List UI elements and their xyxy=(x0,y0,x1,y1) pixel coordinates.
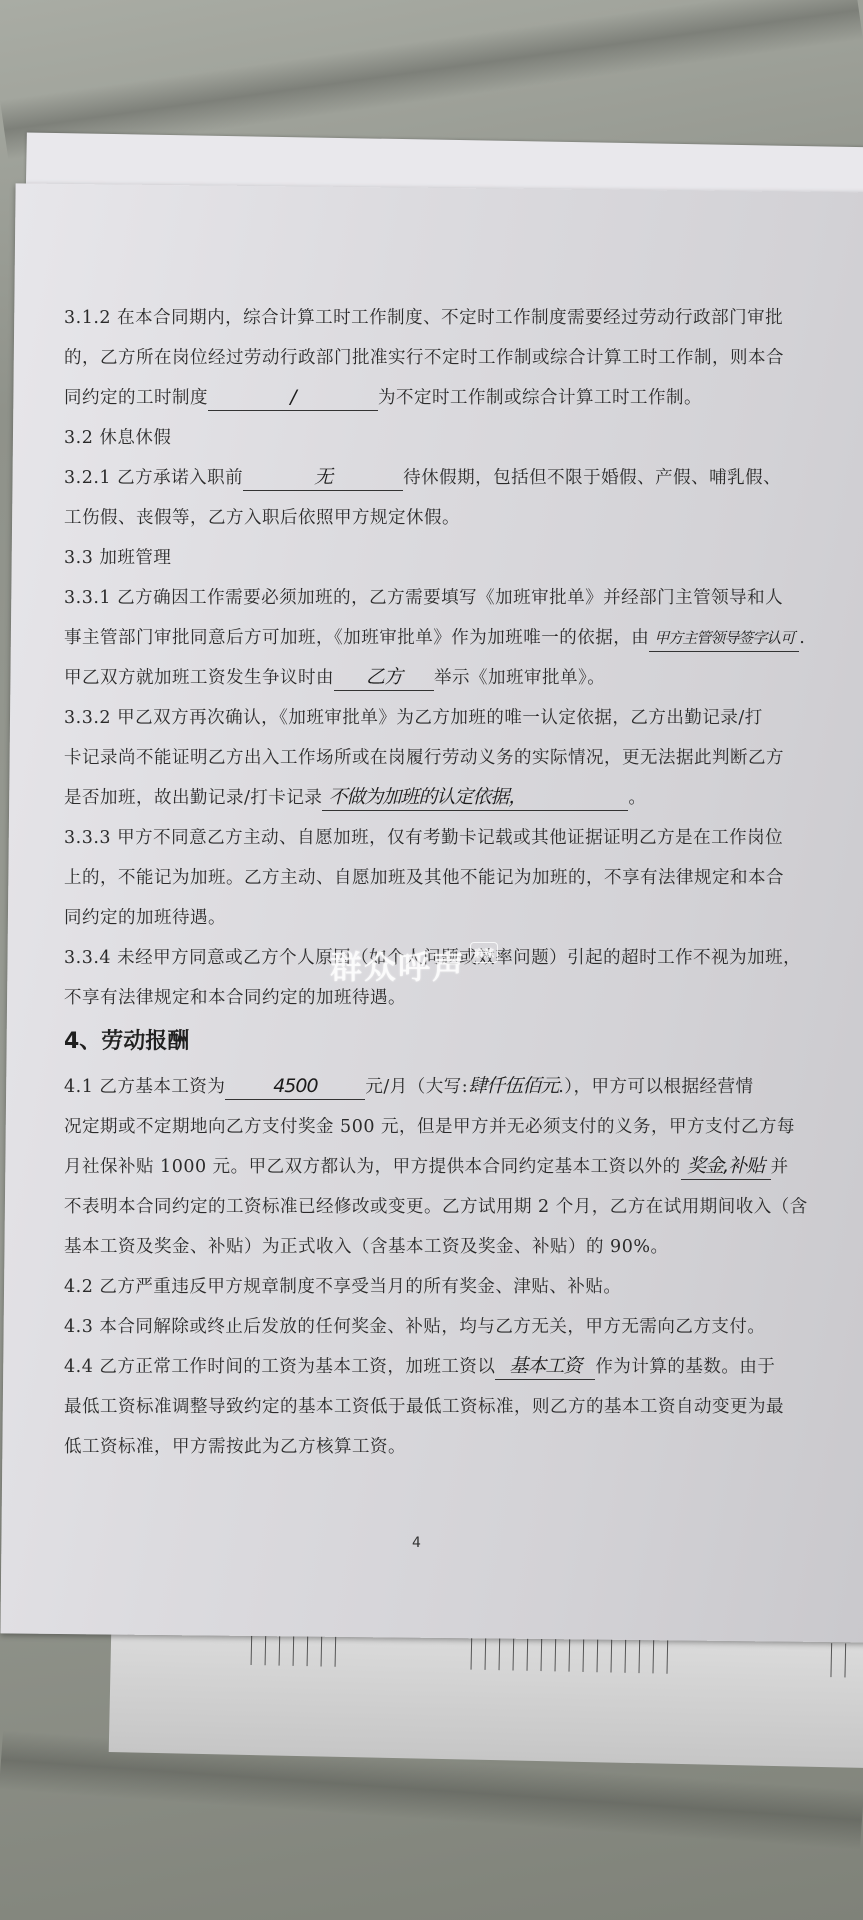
text-line: 低工资标准，甲方需按此为乙方核算工资。 xyxy=(64,1437,406,1457)
text-line: 的，乙方所在岗位经过劳动行政部门批准实行不定时工作制或综合计算工时工作制，则本合 xyxy=(64,348,784,368)
text-line: 3.3.1 乙方确因工作需要必须加班的，乙方需要填写《加班审批单》并经部门主管领… xyxy=(64,588,783,608)
handwritten-amount: 肆仟伍佰元 xyxy=(468,1075,558,1097)
fill-in-blank: / xyxy=(208,384,378,411)
watermark: 群众呼声麻辣 xyxy=(330,942,498,988)
text-line: 上的，不能记为加班。乙方主动、自愿加班及其他不能记为加班的，不享有法律规定和本合 xyxy=(64,868,784,888)
text-line: 并 xyxy=(771,1157,789,1177)
text-line: 事主管部门审批同意后方可加班，《加班审批单》作为加班唯一的依据，由 xyxy=(64,628,649,648)
text-line: 4.4 乙方正常工作时间的工资为基本工资，加班工资以 xyxy=(64,1357,495,1377)
text-line: 不享有法律规定和本合同约定的加班待遇。 xyxy=(64,988,406,1008)
bottom-sheet-with-table xyxy=(109,1622,863,1768)
text-line: 待休假期，包括但不限于婚假、产假、哺乳假、 xyxy=(403,468,781,488)
clause-4-2: 4.2 乙方严重违反甲方规章制度不享受当月的所有奖金、津贴、补贴。 xyxy=(64,1267,854,1307)
clause-3-3-2: 3.3.2 甲乙双方再次确认，《加班审批单》为乙方加班的唯一认定依据，乙方出勤记… xyxy=(64,698,854,818)
fill-in-blank: 无 xyxy=(243,464,403,491)
text-line: 甲乙双方就加班工资发生争议时由 xyxy=(64,668,334,688)
text-line: 3.1.2 在本合同期内，综合计算工时工作制度、不定时工作制度需要经过劳动行政部… xyxy=(64,308,783,328)
fill-in-blank: 基本工资 xyxy=(495,1353,595,1380)
table-grid xyxy=(471,1636,682,1674)
text-line: 3.3.3 甲方不同意乙方主动、自愿加班，仅有考勤卡记载或其他证据证明乙方是在工… xyxy=(64,828,783,848)
fill-in-blank: 乙方 xyxy=(334,664,434,691)
clause-4-3: 4.3 本合同解除或终止后发放的任何奖金、补贴，均与乙方无关，甲方无需向乙方支付… xyxy=(64,1307,854,1347)
clause-4-1: 4.1 乙方基本工资为4500元/月（大写:肆仟伍佰元.），甲方可以根据经营情 … xyxy=(64,1066,854,1267)
text-line: 卡记录尚不能证明乙方出入工作场所或在岗履行劳动义务的实际情况，更无法据此判断乙方 xyxy=(64,748,784,768)
text-line: 不表明本合同约定的工资标准已经修改或变更。乙方试用期 2 个月，乙方在试用期间收… xyxy=(64,1197,808,1217)
section-heading-3-2: 3.2 休息休假 xyxy=(64,418,854,458)
text-line: 3.2.1 乙方承诺入职前 xyxy=(64,468,243,488)
text-line: 举示《加班审批单》。 xyxy=(434,668,605,688)
contract-content: 3.1.2 在本合同期内，综合计算工时工作制度、不定时工作制度需要经过劳动行政部… xyxy=(64,298,854,1467)
table-grid xyxy=(830,1643,859,1678)
section-heading-4: 4、劳动报酬 xyxy=(64,1020,854,1064)
text-line: 。 xyxy=(628,788,646,808)
fill-in-blank: 4500 xyxy=(225,1073,365,1100)
text-line: 基本工资及奖金、补贴）为正式收入（含基本工资及奖金、补贴）的 90%。 xyxy=(64,1237,668,1257)
text-line: .），甲方可以根据经营情 xyxy=(558,1077,753,1097)
text-line: 最低工资标准调整导致约定的基本工资低于最低工资标准，则乙方的基本工资自动变更为最 xyxy=(64,1397,784,1417)
text-line: 同约定的加班待遇。 xyxy=(64,908,226,928)
text-line: 4.1 乙方基本工资为 xyxy=(64,1077,225,1097)
clause-4-4: 4.4 乙方正常工作时间的工资为基本工资，加班工资以基本工资作为计算的基数。由于… xyxy=(64,1347,854,1467)
text-line: 3.3.2 甲乙双方再次确认，《加班审批单》为乙方加班的唯一认定依据，乙方出勤记… xyxy=(64,708,763,728)
text-line: 是否加班，故出勤记录/打卡记录 xyxy=(64,788,322,808)
page-number: 4 xyxy=(412,1535,421,1551)
clause-3-3-3: 3.3.3 甲方不同意乙方主动、自愿加班，仅有考勤卡记载或其他证据证明乙方是在工… xyxy=(64,818,854,938)
section-heading-3-3: 3.3 加班管理 xyxy=(64,538,854,578)
fill-in-blank: 甲方主管领导签字认可 xyxy=(649,625,799,652)
fill-in-blank: 不做为加班的认定依据， xyxy=(322,784,628,811)
text-line: 为不定时工作制或综合计算工时工作制。 xyxy=(378,388,702,408)
clause-3-1-2: 3.1.2 在本合同期内，综合计算工时工作制度、不定时工作制度需要经过劳动行政部… xyxy=(64,298,854,418)
text-line: 同约定的工时制度 xyxy=(64,388,208,408)
clause-3-3-1: 3.3.1 乙方确因工作需要必须加班的，乙方需要填写《加班审批单》并经部门主管领… xyxy=(64,578,854,698)
fill-in-blank: 奖金,补贴 xyxy=(681,1153,771,1180)
clause-3-2-1: 3.2.1 乙方承诺入职前无待休假期，包括但不限于婚假、产假、哺乳假、 工伤假、… xyxy=(64,458,854,538)
text-line: 月社保补贴 1000 元。甲乙双方都认为，甲方提供本合同约定基本工资以外的 xyxy=(64,1157,681,1177)
watermark-text: 群众呼声 xyxy=(330,948,466,986)
text-line: 工伤假、丧假等，乙方入职后依照甲方规定休假。 xyxy=(64,508,460,528)
watermark-tag: 麻辣 xyxy=(470,942,498,963)
text-line: 况定期或不定期地向乙方支付奖金 500 元，但是甲方并无必须支付的义务，甲方支付… xyxy=(64,1117,795,1137)
text-line: . xyxy=(799,628,805,648)
text-line: 元/月（大写: xyxy=(365,1077,468,1097)
text-line: 作为计算的基数。由于 xyxy=(595,1357,775,1377)
